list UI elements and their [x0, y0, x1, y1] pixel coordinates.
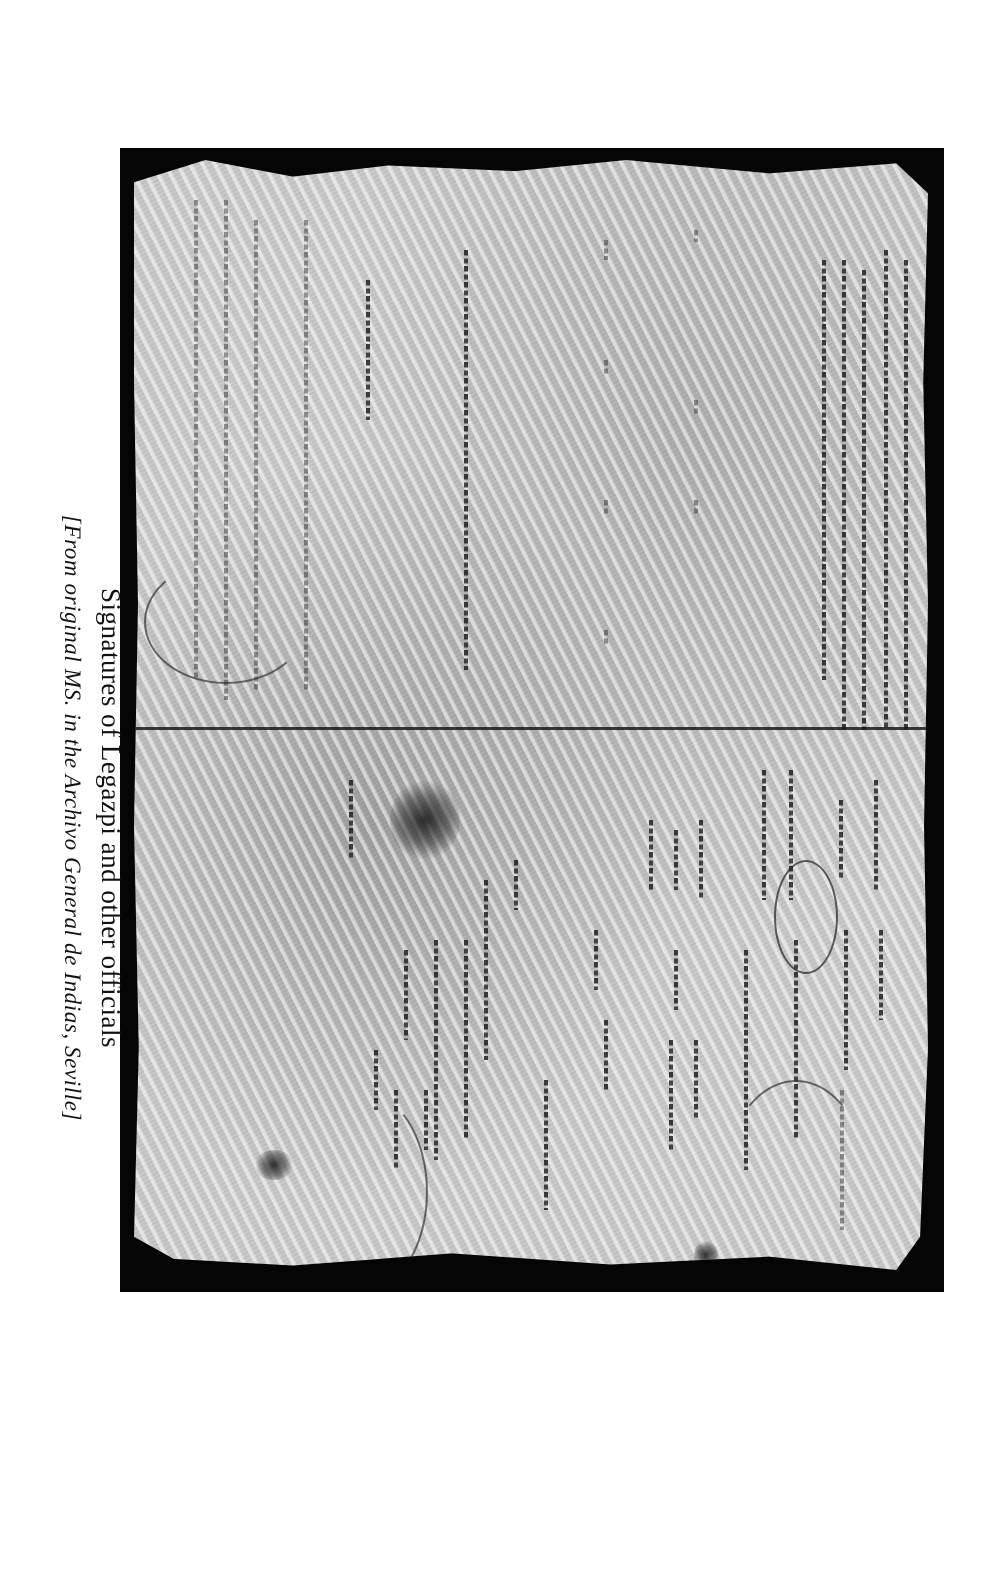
signature [484, 880, 488, 1060]
handwriting-line [694, 500, 698, 514]
signature [434, 940, 438, 1160]
signature-flourish [144, 560, 308, 684]
signature [404, 950, 408, 1040]
handwriting-line [604, 240, 608, 260]
handwriting-line [884, 250, 888, 730]
handwriting-line [464, 250, 468, 670]
caption-title: Signatures of Legazpi and other official… [94, 378, 128, 1258]
figure-caption: Signatures of Legazpi and other official… [56, 378, 128, 1258]
signature [514, 860, 518, 910]
signature [649, 820, 653, 890]
handwriting-line [694, 400, 698, 414]
fold-line [134, 727, 928, 730]
handwriting-line [904, 260, 908, 730]
signature [762, 770, 766, 900]
signature [594, 930, 598, 990]
ink-stain [390, 780, 460, 860]
handwriting-line [822, 260, 826, 680]
handwriting-line [862, 270, 866, 730]
signature [464, 940, 468, 1140]
signature [694, 1040, 698, 1120]
signature-flourish [294, 1090, 428, 1294]
signature [874, 780, 878, 890]
handwriting-line [604, 500, 608, 514]
signature [604, 1020, 608, 1090]
signature [424, 1090, 428, 1150]
signature [544, 1080, 548, 1210]
signature [674, 950, 678, 1010]
signature-flourish [774, 860, 838, 974]
handwriting-line [366, 280, 370, 420]
signature [674, 830, 678, 890]
signature-flourish [724, 1080, 868, 1284]
handwriting-line [604, 360, 608, 374]
signature [844, 930, 848, 1070]
signature [839, 800, 843, 880]
ink-stain [694, 1240, 718, 1270]
handwriting-line [842, 260, 846, 730]
signature [879, 930, 883, 1020]
signature [669, 1040, 673, 1150]
handwriting-line [604, 630, 608, 644]
handwriting-line [694, 230, 698, 242]
ink-stain [254, 1150, 294, 1180]
signature [349, 780, 353, 860]
signature [699, 820, 703, 900]
manuscript-photograph [120, 148, 944, 1292]
manuscript-sheet [134, 160, 928, 1270]
caption-source: [From original MS. in the Archivo Genera… [56, 378, 88, 1258]
